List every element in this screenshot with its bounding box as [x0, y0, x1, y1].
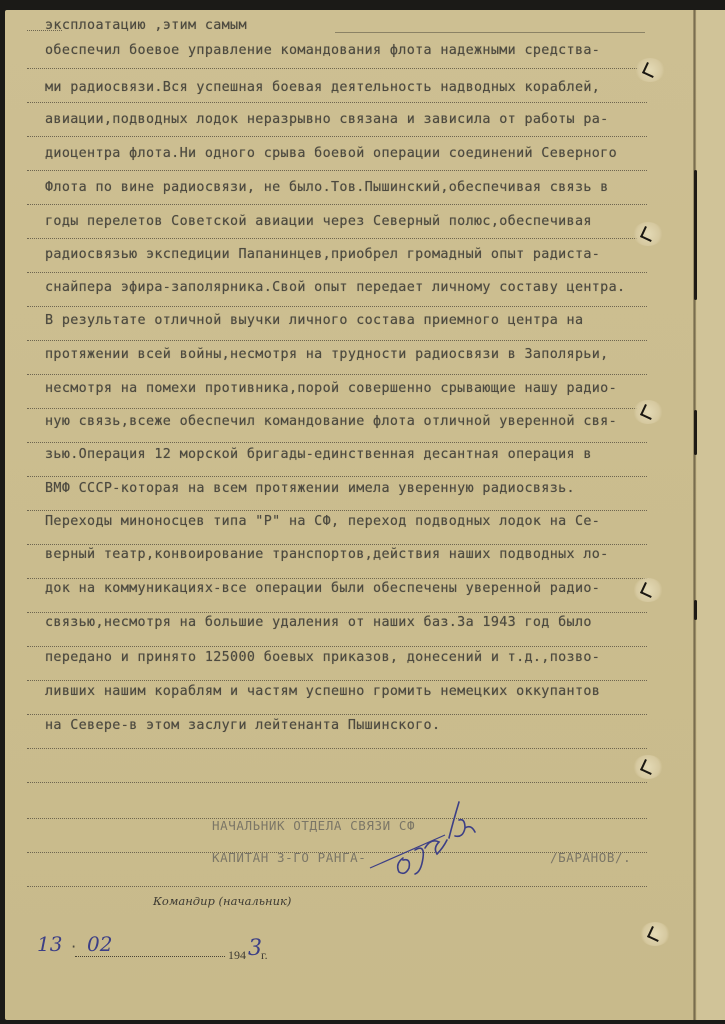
ruled-line — [335, 32, 645, 33]
text-line: эксплоатацию ,этим самым — [45, 18, 247, 33]
ruled-line — [27, 476, 647, 477]
page-fold — [693, 10, 696, 1020]
ruled-line — [27, 238, 647, 239]
ruled-line — [27, 510, 647, 511]
text-line: В результате отличной выучки личного сос… — [45, 313, 583, 328]
date-year-suffix: 3 — [248, 936, 262, 961]
ruled-line — [27, 306, 647, 307]
ruled-line — [27, 680, 647, 681]
text-line: Переходы миноносцев типа "Р" на СФ, пере… — [45, 514, 600, 529]
handwritten-signature — [365, 800, 505, 890]
text-line: протяжении всей войны,несмотря на трудно… — [45, 347, 609, 362]
date-day: 13 — [37, 932, 62, 956]
text-line: обеспечил боевое управление командования… — [45, 43, 600, 58]
ruled-line — [27, 102, 647, 103]
text-line: связью,несмотря на большие удаления от н… — [45, 615, 592, 630]
text-line: на Севере-в этом заслуги лейтенанта Пыши… — [45, 718, 440, 733]
text-line: зью.Операция 12 морской бригады-единстве… — [45, 447, 592, 462]
date-year-prefix: 194 — [228, 948, 246, 963]
ruled-line — [27, 374, 647, 375]
ruled-line — [27, 136, 647, 137]
ruled-line — [27, 646, 647, 647]
binding-thread — [694, 600, 697, 620]
text-line: док на коммуникациях-все операции были о… — [45, 581, 600, 596]
ruled-line — [27, 204, 647, 205]
ruled-line — [27, 272, 647, 273]
signatory-name: /БАРАНОВ/. — [550, 850, 631, 865]
text-line: радиосвязью экспедиции Папанинцев,приобр… — [45, 247, 600, 262]
date-month: 02 — [87, 932, 112, 956]
punch-hole — [633, 400, 663, 424]
ruled-line — [27, 612, 647, 613]
binding-thread — [694, 410, 697, 455]
date-line — [75, 956, 225, 957]
ruled-line — [27, 170, 647, 171]
text-line: годы перелетов Советской авиации через С… — [45, 214, 592, 229]
punch-hole — [640, 922, 670, 946]
text-line: диоцентра флота.Ни одного срыва боевой о… — [45, 146, 617, 161]
punch-hole — [635, 58, 665, 82]
ruled-line — [27, 408, 647, 409]
page-margin-strip — [697, 10, 725, 1020]
document-page: эксплоатацию ,этим самым обеспечил боево… — [5, 10, 725, 1020]
ruled-line — [27, 714, 647, 715]
signatory-rank: КАПИТАН 3-ГО РАНГА- — [212, 850, 366, 865]
ruled-line — [27, 340, 647, 341]
text-line: ную связь,всеже обеспечил командование ф… — [45, 414, 617, 429]
text-line: Флота по вине радиосвязи, не было.Тов.Пы… — [45, 180, 609, 195]
text-line: верный театр,конвоирование транспортов,д… — [45, 547, 609, 562]
ruled-line — [27, 782, 647, 783]
date-separator: · — [70, 940, 78, 954]
ruled-line — [27, 578, 647, 579]
ruled-line — [27, 442, 647, 443]
commander-label: Командир (начальник) — [153, 894, 291, 908]
date-year-unit: г. — [261, 948, 268, 963]
text-line: несмотря на помехи противника,порой сове… — [45, 381, 617, 396]
ruled-line — [27, 68, 647, 69]
text-line: ливших нашим кораблям и частям успешно г… — [45, 684, 600, 699]
text-line: передано и принято 125000 боевых приказо… — [45, 650, 600, 665]
punch-hole — [633, 755, 663, 779]
ruled-line — [27, 886, 647, 887]
ruled-line — [27, 544, 647, 545]
punch-hole — [633, 578, 663, 602]
ruled-line — [27, 748, 647, 749]
text-line: снайпера эфира-заполярника.Свой опыт пер… — [45, 280, 625, 295]
text-line: ВМФ СССР-которая на всем протяжении имел… — [45, 481, 575, 496]
text-line: авиации,подводных лодок неразрывно связа… — [45, 112, 609, 127]
text-line: ми радиосвязи.Вся успешная боевая деятел… — [45, 80, 600, 95]
binding-thread — [694, 170, 697, 300]
punch-hole — [633, 222, 663, 246]
